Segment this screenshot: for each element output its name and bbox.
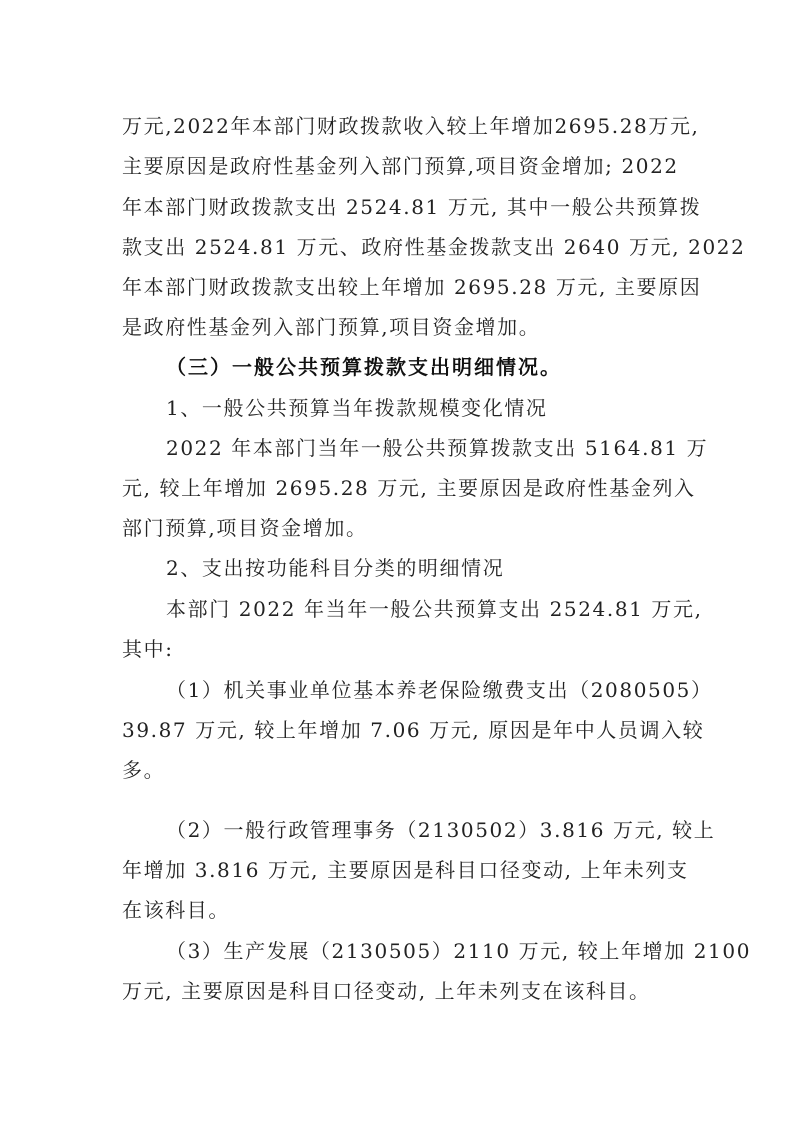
list-item-line: 在该科目。 bbox=[122, 895, 674, 925]
list-item-line: （2）一般行政管理事务（2130502）3.816 万元, 较上 bbox=[166, 815, 674, 845]
subsection-title: 2、支出按功能科目分类的明细情况 bbox=[166, 553, 674, 583]
list-item-line: 多。 bbox=[122, 755, 674, 785]
section-heading: （三）一般公共预算拨款支出明细情况。 bbox=[166, 352, 586, 382]
list-item-line: 万元, 主要原因是科目口径变动, 上年未列支在该科目。 bbox=[122, 976, 674, 1006]
list-item-line: 39.87 万元, 较上年增加 7.06 万元, 原因是年中人员调入较 bbox=[122, 715, 674, 745]
paragraph-line: 部门预算,项目资金增加。 bbox=[122, 513, 674, 543]
paragraph-line: 是政府性基金列入部门预算,项目资金增加。 bbox=[122, 312, 674, 342]
paragraph-line: 其中: bbox=[122, 634, 674, 664]
paragraph-line: 本部门 2022 年当年一般公共预算支出 2524.81 万元, bbox=[166, 594, 674, 624]
list-item-line: （3）生产发展（2130505）2110 万元, 较上年增加 2100 bbox=[166, 936, 674, 966]
paragraph-line: 款支出 2524.81 万元、政府性基金拨款支出 2640 万元, 2022 bbox=[122, 232, 674, 262]
list-item-line: 年增加 3.816 万元, 主要原因是科目口径变动, 上年未列支 bbox=[122, 855, 674, 885]
paragraph-line: 万元,2022年本部门财政拨款收入较上年增加2695.28万元, bbox=[122, 111, 674, 141]
paragraph-line: 主要原因是政府性基金列入部门预算,项目资金增加; 2022 bbox=[122, 151, 674, 181]
paragraph-line: 元, 较上年增加 2695.28 万元, 主要原因是政府性基金列入 bbox=[122, 473, 674, 503]
paragraph-line: 2022 年本部门当年一般公共预算拨款支出 5164.81 万 bbox=[166, 433, 674, 463]
document-page: 万元,2022年本部门财政拨款收入较上年增加2695.28万元, 主要原因是政府… bbox=[0, 0, 793, 1122]
paragraph-line: 年本部门财政拨款支出较上年增加 2695.28 万元, 主要原因 bbox=[122, 272, 674, 302]
paragraph-line: 年本部门财政拨款支出 2524.81 万元, 其中一般公共预算拨 bbox=[122, 192, 674, 222]
subsection-title: 1、一般公共预算当年拨款规模变化情况 bbox=[166, 393, 674, 423]
list-item-line: （1）机关事业单位基本养老保险缴费支出（2080505） bbox=[166, 675, 674, 705]
